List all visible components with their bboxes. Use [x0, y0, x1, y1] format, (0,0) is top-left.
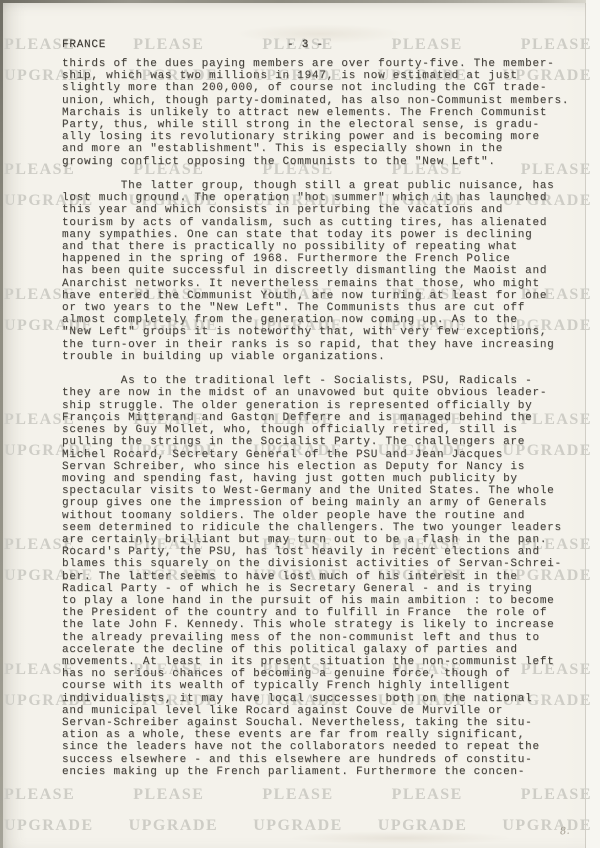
- page-number: - 3 -: [287, 39, 324, 51]
- region-label: FRANCE: [62, 39, 106, 51]
- document-text-layer: FRANCE - 3 - thirds of the dues paying m…: [0, 0, 600, 848]
- document-body: thirds of the dues paying members are ov…: [62, 58, 569, 778]
- scan-page: PLEASEPLEASEPLEASEPLEASEPLEASEUPGRADEUPG…: [0, 0, 600, 848]
- corner-mark: 8.: [559, 826, 570, 838]
